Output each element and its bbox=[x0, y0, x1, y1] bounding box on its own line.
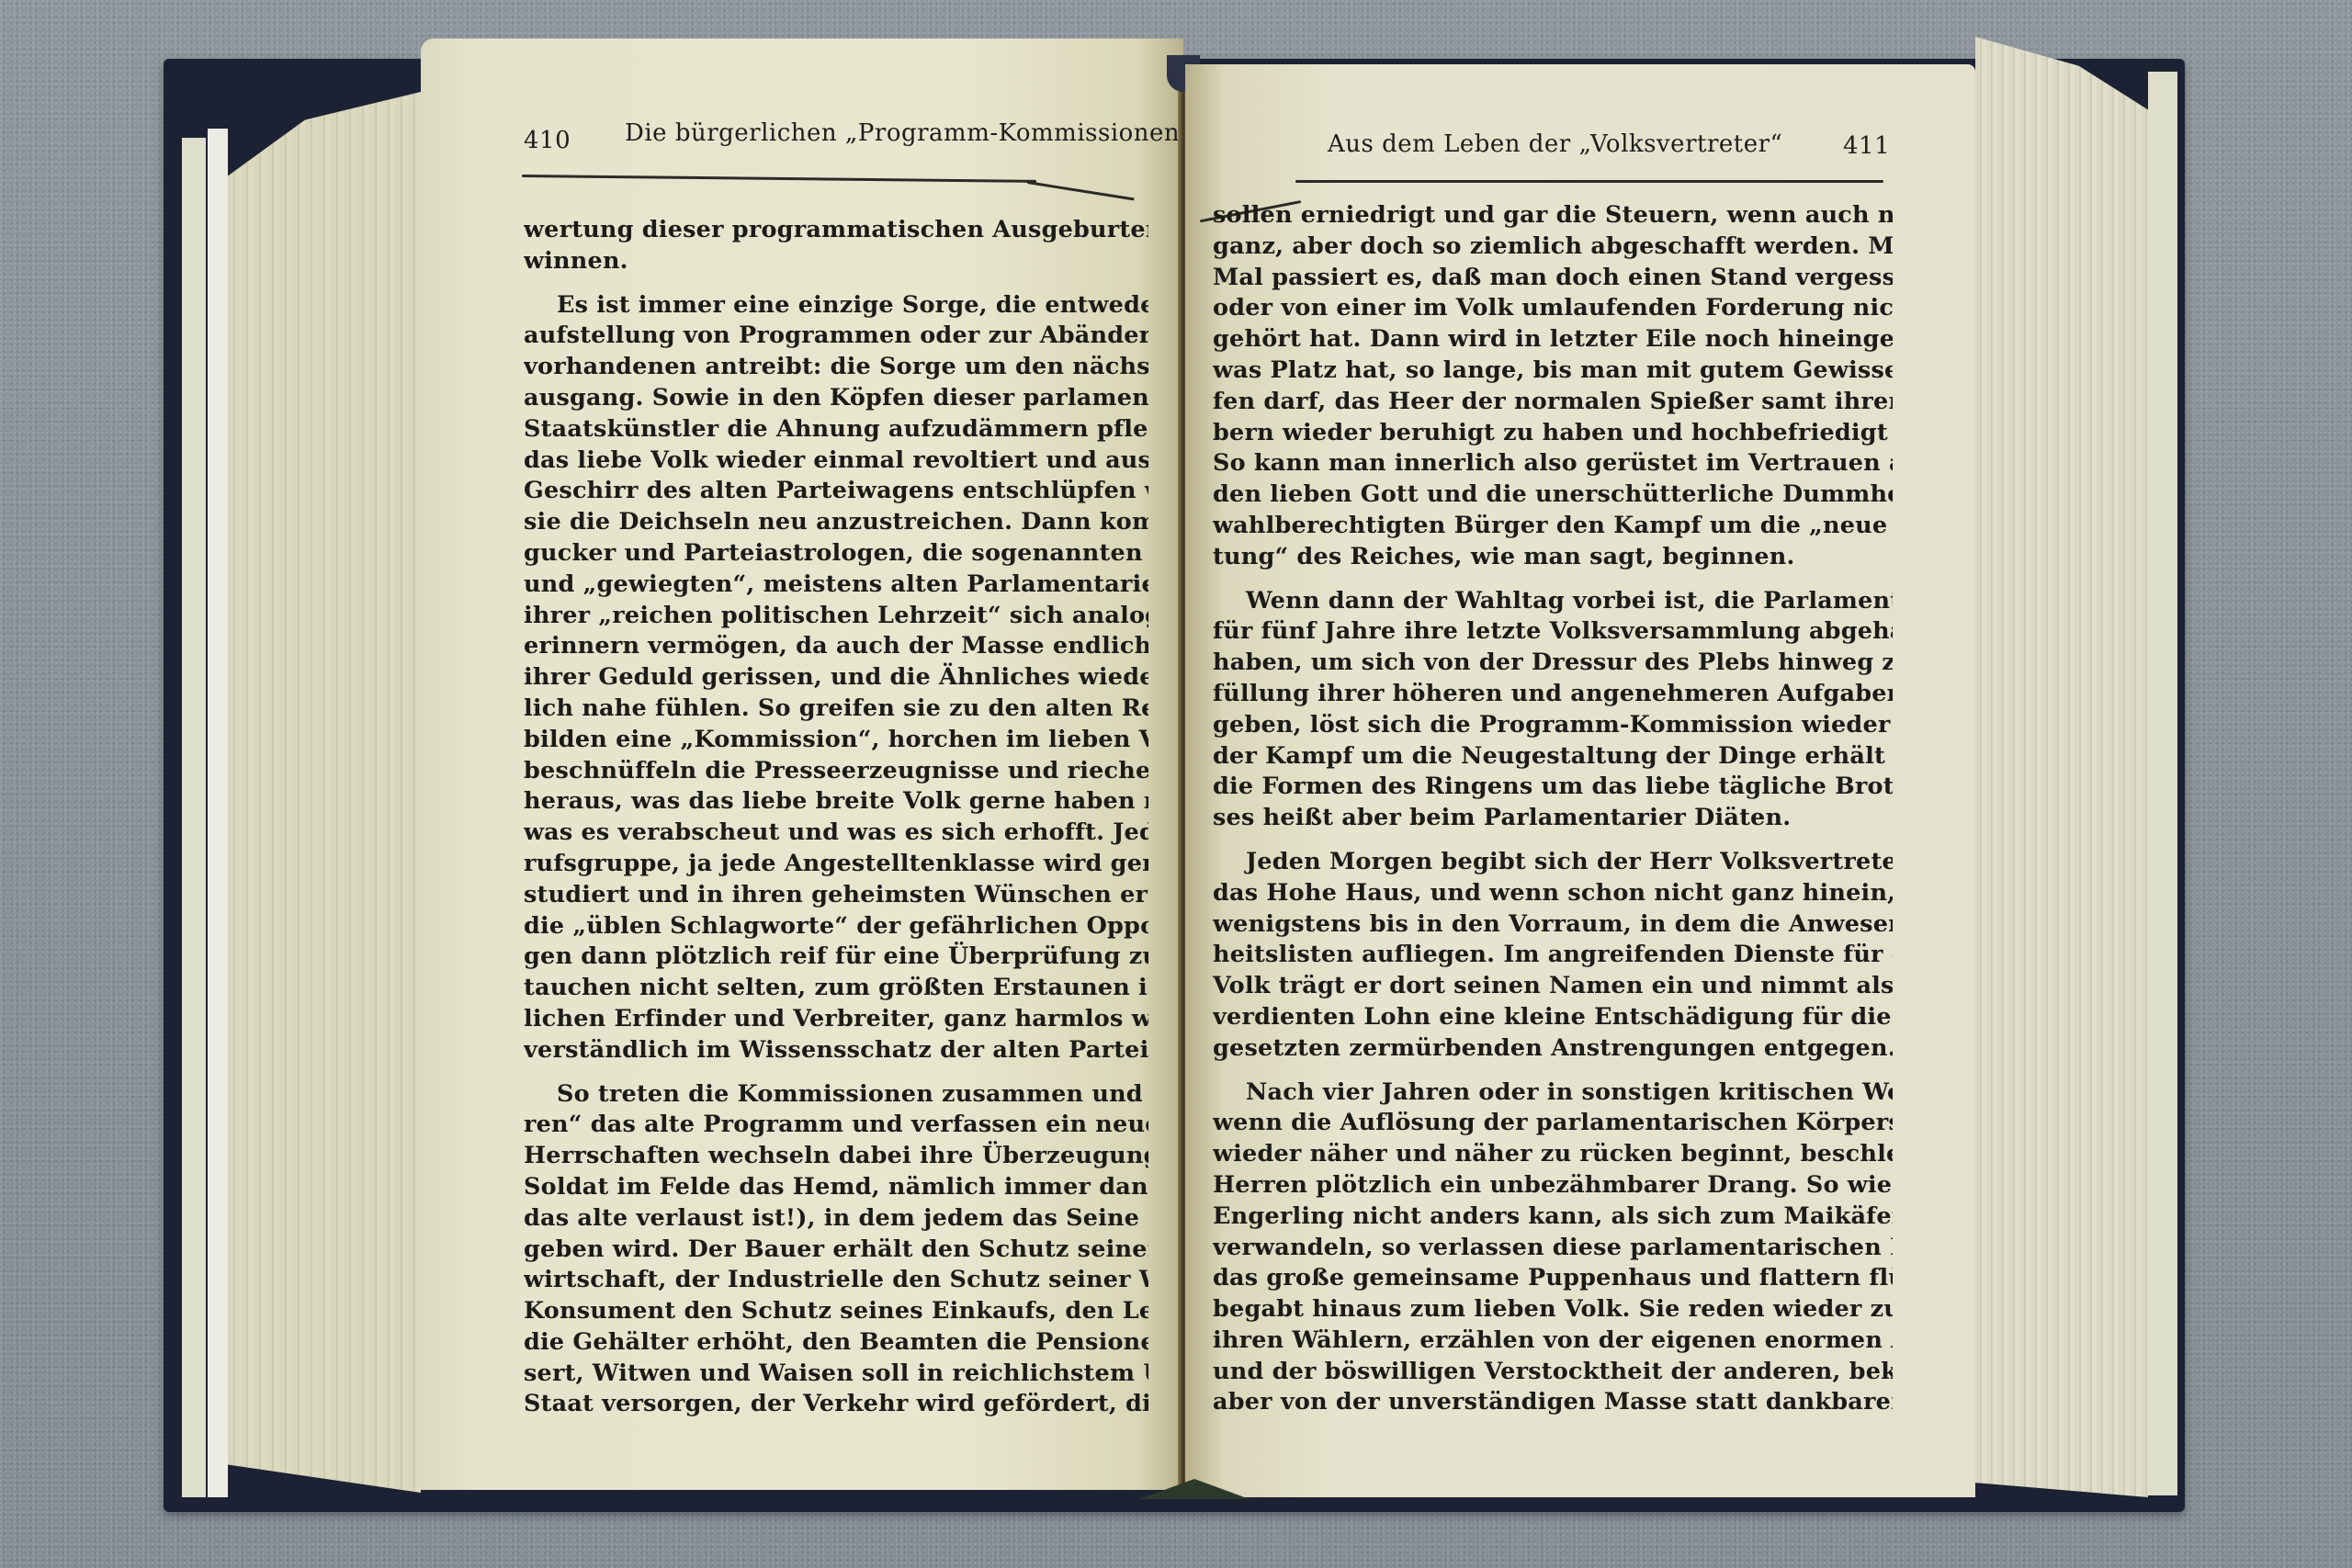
text-line: Herrschaften wechseln dabei ihre Überzeu… bbox=[524, 1141, 1148, 1172]
text-line: was Platz hat, so lange, bis man mit gut… bbox=[1213, 355, 1893, 387]
text-line: verständlich im Wissensschatz der alten … bbox=[524, 1035, 1148, 1066]
text-line: verdienten Lohn eine kleine Entschädigun… bbox=[1213, 1002, 1893, 1033]
text-line: Mal passiert es, daß man doch einen Stan… bbox=[1213, 263, 1893, 294]
text-line: sie die Deichseln neu anzustreichen. Dan… bbox=[524, 507, 1148, 538]
text-line: wahlberechtigten Bürger den Kampf um die… bbox=[1213, 511, 1893, 542]
text-line: und der böswilligen Verstocktheit der an… bbox=[1213, 1357, 1893, 1388]
text-line: studiert und in ihren geheimsten Wünsche… bbox=[524, 880, 1148, 911]
text-line: das alte verlaust ist!), in dem jedem da… bbox=[524, 1203, 1148, 1235]
text-line: Staat versorgen, der Verkehr wird geförd… bbox=[524, 1389, 1148, 1420]
text-line: ihrer „reichen politischen Lehrzeit“ sic… bbox=[524, 601, 1148, 632]
header-rule-curve bbox=[1027, 181, 1135, 200]
text-line: So kann man innerlich also gerüstet im V… bbox=[1213, 448, 1893, 479]
text-line: wenigstens bis in den Vorraum, in dem di… bbox=[1213, 909, 1893, 941]
text-line: Herren plötzlich ein unbezähmbarer Drang… bbox=[1213, 1170, 1893, 1201]
text-line: So treten die Kommissionen zusammen und … bbox=[524, 1079, 1148, 1111]
text-line: Wenn dann der Wahltag vorbei ist, die Pa… bbox=[1213, 586, 1893, 617]
header-rule bbox=[1295, 180, 1883, 183]
text-line: das Hohe Haus, und wenn schon nicht ganz… bbox=[1213, 878, 1893, 909]
left-flyleaf bbox=[208, 129, 228, 1497]
text-line: und „gewiegten“, meistens alten Parlamen… bbox=[524, 570, 1148, 601]
text-line: bern wieder beruhigt zu haben und hochbe… bbox=[1213, 418, 1893, 449]
text-line: gesetzten zermürbenden Anstrengungen ent… bbox=[1213, 1033, 1893, 1065]
text-line: begabt hinaus zum lieben Volk. Sie reden… bbox=[1213, 1294, 1893, 1325]
text-line: beschnüffeln die Presseerzeugnisse und r… bbox=[524, 756, 1148, 787]
text-line: ren“ das alte Programm und verfassen ein… bbox=[524, 1110, 1148, 1141]
header-rule bbox=[522, 175, 1036, 183]
text-line: ihrer Geduld gerissen, und die Ähnliches… bbox=[524, 662, 1148, 694]
text-line: aber von der unverständigen Masse statt … bbox=[1213, 1387, 1893, 1418]
text-line: oder von einer im Volk umlaufenden Forde… bbox=[1213, 293, 1893, 324]
text-line: füllung ihrer höheren und angenehmeren A… bbox=[1213, 679, 1893, 710]
text-line: ausgang. Sowie in den Köpfen dieser parl… bbox=[524, 383, 1148, 414]
page-number: 410 bbox=[524, 127, 571, 154]
text-line: das große gemeinsame Puppenhaus und flat… bbox=[1213, 1263, 1893, 1294]
paragraph-gap bbox=[1213, 834, 1893, 847]
paragraph-gap bbox=[524, 277, 1148, 290]
text-line: Es ist immer eine einzige Sorge, die ent… bbox=[524, 290, 1148, 321]
text-line: Soldat im Felde das Hemd, nämlich immer … bbox=[524, 1172, 1148, 1203]
text-line: wertung dieser programmatischen Ausgebur… bbox=[524, 215, 1148, 246]
text-line: aufstellung von Programmen oder zur Abän… bbox=[524, 321, 1148, 352]
text-line: tauchen nicht selten, zum größten Erstau… bbox=[524, 973, 1148, 1004]
text-line: geben wird. Der Bauer erhält den Schutz … bbox=[524, 1235, 1148, 1266]
text-line: heraus, was das liebe breite Volk gerne … bbox=[524, 786, 1148, 818]
text-line: gen dann plötzlich reif für eine Überprü… bbox=[524, 942, 1148, 973]
text-line: Nach vier Jahren oder in sonstigen kriti… bbox=[1213, 1077, 1893, 1109]
text-line: rufsgruppe, ja jede Angestelltenklasse w… bbox=[524, 849, 1148, 880]
paragraph-gap bbox=[524, 1066, 1148, 1079]
text-line: der Kampf um die Neugestaltung der Dinge… bbox=[1213, 741, 1893, 773]
paragraph-gap bbox=[1213, 1065, 1893, 1077]
text-line: gucker und Parteiastrologen, die sogenan… bbox=[524, 538, 1148, 570]
text-line: geben, löst sich die Programm-Kommission… bbox=[1213, 710, 1893, 741]
text-line: ses heißt aber beim Parlamentarier Diäte… bbox=[1213, 803, 1893, 834]
text-line: die Gehälter erhöht, den Beamten die Pen… bbox=[524, 1327, 1148, 1359]
text-line: gehört hat. Dann wird in letzter Eile no… bbox=[1213, 324, 1893, 355]
text-line: bilden eine „Kommission“, horchen im lie… bbox=[524, 725, 1148, 756]
text-line: fen darf, das Heer der normalen Spießer … bbox=[1213, 387, 1893, 418]
text-line: haben, um sich von der Dressur des Plebs… bbox=[1213, 648, 1893, 679]
page-number: 411 bbox=[1843, 132, 1890, 160]
running-head: Die bürgerlichen „Programm-Kommissionen“ bbox=[625, 119, 1193, 147]
left-endpaper bbox=[182, 138, 206, 1497]
running-head: Aus dem Leben der „Volksvertreter“ bbox=[1328, 130, 1782, 158]
text-line: lich nahe fühlen. So greifen sie zu den … bbox=[524, 694, 1148, 725]
text-line: verwandeln, so verlassen diese parlament… bbox=[1213, 1233, 1893, 1264]
left-page[interactable]: 410 Die bürgerlichen „Programm-Kommissio… bbox=[421, 39, 1183, 1490]
left-page-body: wertung dieser programmatischen Ausgebur… bbox=[524, 215, 1148, 1420]
text-line: erinnern vermögen, da auch der Masse end… bbox=[524, 631, 1148, 662]
text-line: sollen erniedrigt und gar die Steuern, w… bbox=[1213, 200, 1893, 231]
text-line: Jeden Morgen begibt sich der Herr Volksv… bbox=[1213, 847, 1893, 878]
right-page[interactable]: Aus dem Leben der „Volksvertreter“ 411 s… bbox=[1185, 64, 1975, 1497]
text-line: wieder näher und näher zu rücken beginnt… bbox=[1213, 1139, 1893, 1170]
text-line: die „üblen Schlagworte“ der gefährlichen… bbox=[524, 911, 1148, 942]
text-line: ganz, aber doch so ziemlich abgeschafft … bbox=[1213, 231, 1893, 263]
text-line: sert, Witwen und Waisen soll in reichlic… bbox=[524, 1359, 1148, 1390]
right-page-block-edge bbox=[1975, 37, 2148, 1497]
text-line: vorhandenen antreibt: die Sorge um den n… bbox=[524, 352, 1148, 383]
text-line: die Formen des Ringens um das liebe tägl… bbox=[1213, 772, 1893, 803]
text-line: Konsument den Schutz seines Einkaufs, de… bbox=[524, 1296, 1148, 1327]
text-line: Geschirr des alten Parteiwagens entschlü… bbox=[524, 476, 1148, 507]
text-line: für fünf Jahre ihre letzte Volksversamml… bbox=[1213, 616, 1893, 648]
left-page-block-edge bbox=[228, 92, 421, 1493]
text-line: Staatskünstler die Ahnung aufzudämmern p… bbox=[524, 414, 1148, 446]
text-line: winnen. bbox=[524, 246, 1148, 277]
text-line: heitslisten aufliegen. Im angreifenden D… bbox=[1213, 940, 1893, 971]
text-line: wirtschaft, der Industrielle den Schutz … bbox=[524, 1265, 1148, 1296]
text-line: lichen Erfinder und Verbreiter, ganz har… bbox=[524, 1004, 1148, 1035]
text-line: Volk trägt er dort seinen Namen ein und … bbox=[1213, 971, 1893, 1002]
right-page-body: sollen erniedrigt und gar die Steuern, w… bbox=[1213, 200, 1893, 1418]
text-line: was es verabscheut und was es sich erhof… bbox=[524, 818, 1148, 849]
text-line: Engerling nicht anders kann, als sich zu… bbox=[1213, 1201, 1893, 1233]
text-line: den lieben Gott und die unerschütterlich… bbox=[1213, 479, 1893, 511]
text-line: wenn die Auflösung der parlamentarischen… bbox=[1213, 1108, 1893, 1139]
text-line: das liebe Volk wieder einmal revoltiert … bbox=[524, 446, 1148, 477]
right-endpaper bbox=[2148, 72, 2177, 1495]
text-line: ihren Wählern, erzählen von der eigenen … bbox=[1213, 1325, 1893, 1357]
text-line: tung“ des Reiches, wie man sagt, beginne… bbox=[1213, 542, 1893, 573]
paragraph-gap bbox=[1213, 573, 1893, 586]
